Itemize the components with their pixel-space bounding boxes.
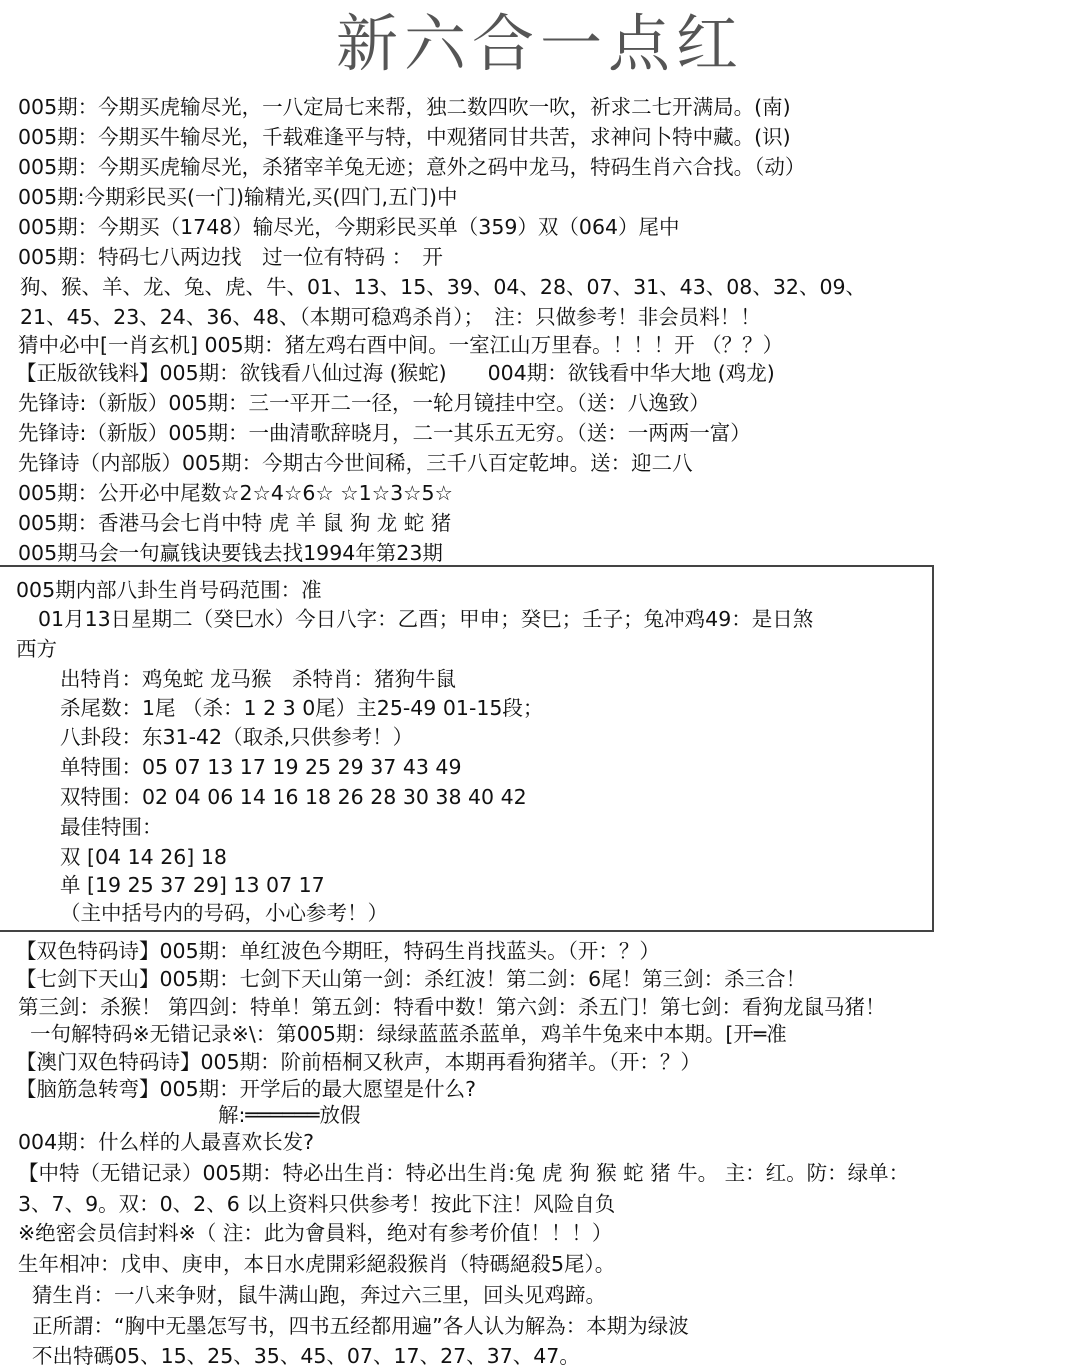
text-line: 005期：香港马会七肖中特 虎 羊 鼠 狗 龙 蛇 猪 (18, 508, 451, 538)
text-line: 先锋诗:（新版）005期：三一平开二一径，一轮月镜挂中空。（送：八逸致） (18, 388, 710, 418)
text-line: 单 [19 25 37 29] 13 07 17 (60, 870, 325, 900)
text-line: 004期：什么样的人最喜欢长发? (18, 1127, 314, 1157)
text-line: 猜生肖：一八来争财，鼠牛满山跑，奔过六三里，回头见鸡蹄。 (32, 1280, 606, 1310)
text-line: 猜中必中[一肖玄机] 005期：猪左鸡右酉中间。一室江山万里春。！！！开 （？？… (18, 330, 783, 360)
text-line: 第三剑：杀猴！ 第四剑：特单！第五剑：特看中数！第六剑：杀五门！第七剑：看狗龙鼠… (18, 992, 886, 1022)
text-line: （主中括号内的号码，小心参考！） (60, 898, 388, 928)
text-line: 先锋诗:（新版）005期：一曲清歌辞晓月，二一其乐五无穷。（送：一两两一富） (18, 418, 751, 448)
page-title: 新六合一点红 (0, 4, 1080, 84)
text-line: 【七剑下天山】005期：七剑下天山第一剑：杀红波！第二剑：6尾！第三剑：杀三合！ (16, 964, 806, 994)
text-line: 005期：特码七八两边找 过一位有特码 ： 开 (18, 242, 443, 272)
text-line: 【双色特码诗】005期：单红波色今期旺，特码生肖找蓝头。（开：？） (16, 936, 660, 966)
text-line: 01月13日星期二（癸巳水）今日八字：乙酉；甲申；癸巳；壬子；兔冲鸡49：是日煞 (38, 604, 813, 634)
text-line: 005期：今期买虎输尽光，杀猪宰羊兔无迹；意外之码中龙马，特码生肖六合找。（动） (18, 152, 805, 182)
text-line: 杀尾数：1尾 （杀：1 2 3 0尾）主25-49 01-15段； (60, 693, 543, 723)
text-line: 3、7、9。双：0、2、6 以上资料只供参考！按此下注！风险自负 (18, 1189, 615, 1219)
text-line: 005期：今期买（1748）输尽光，今期彩民买单（359）双（064）尾中 (18, 212, 680, 242)
text-line: 005期马会一句赢钱诀要钱去找1994年第23期 (18, 538, 443, 568)
text-line: 005期：今期买牛输尽光，千载难逢平与特，中观猪同甘共苦，求神问卜特中藏。(识) (18, 122, 791, 152)
text-line: 【正版欲钱料】005期：欲钱看八仙过海 (猴蛇) 004期：欲钱看中华大地 (鸡… (16, 358, 775, 388)
text-line: 005期：公开必中尾数☆2☆4☆6☆ ☆1☆3☆5☆ (18, 478, 453, 508)
text-line: 出特肖：鸡兔蛇 龙马猴 杀特肖：猪狗牛鼠 (60, 664, 456, 694)
text-line: 正所謂：“胸中无墨怎写书，四书五经都用遍”各人认为解為：本期为绿波 (32, 1311, 689, 1341)
text-line: 005期内部八卦生肖号码范围：准 (16, 575, 322, 605)
text-line: 单特围：05 07 13 17 19 25 29 37 43 49 (60, 752, 462, 782)
text-line: 双 [04 14 26] 18 (60, 842, 227, 872)
text-line: 005期:今期彩民买(一门)输精光,买(四门,五门)中 (18, 182, 458, 212)
text-line: 21、45、23、24、36、48、（本期可稳鸡杀肖）； 注：只做参考！非会员料… (20, 302, 761, 332)
text-line: 先锋诗（内部版）005期：今期古今世间稀，三千八百定乾坤。送：迎二八 (18, 448, 693, 478)
text-line: 生年相冲：戊申、庚申，本日水虎開彩絕殺猴肖（特碼絕殺5尾）。 (18, 1249, 615, 1279)
text-line: 最佳特围： (60, 812, 163, 842)
text-line: 【中特（无错记录）005期：特必出生肖：特必出生肖:兔 虎 狗 猴 蛇 猪 牛。… (18, 1158, 909, 1188)
text-line: 【澳门双色特码诗】005期：阶前梧桐又秋声，本期再看狗猪羊。（开：？） (16, 1047, 701, 1077)
text-line: 005期：今期买虎输尽光，一八定局七来帮，独二数四吹一吹，祈求二七开满局。(南) (18, 92, 791, 122)
text-line: 不出特碼05、15、25、35、45、07、17、27、37、47。 (32, 1341, 580, 1371)
text-line: 八卦段：东31-42（取杀,只供参考！） (60, 722, 413, 752)
text-line: ※绝密会员信封料※（ 注：此为會員料，绝对有参考价值！！！） (18, 1218, 612, 1248)
text-line: 双特围：02 04 06 14 16 18 26 28 30 38 40 42 (60, 782, 527, 812)
text-line: 西方 (16, 634, 57, 664)
text-line: 狗、猴、羊、龙、兔、虎、牛、01、13、15、39、04、28、07、31、43… (20, 272, 866, 302)
text-line: 解:══════放假 (218, 1100, 360, 1130)
text-line: 一句解特码※无错记录※\：第005期：绿绿蓝蓝杀蓝单，鸡羊牛兔来中本期。[开═准 (30, 1019, 787, 1049)
